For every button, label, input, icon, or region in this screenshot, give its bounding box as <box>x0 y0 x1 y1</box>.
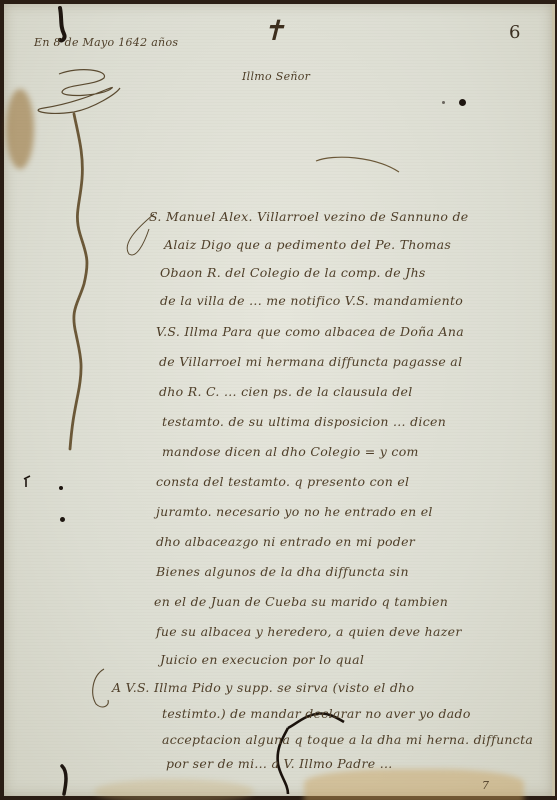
body-line: de la villa de ... me notifico V.S. mand… <box>160 293 463 308</box>
body-line: dho albaceazgo ni entrado en mi poder <box>156 534 415 549</box>
date-note: En 8 de Mayo 1642 años <box>34 36 178 49</box>
manuscript-page: En 8 de Mayo 1642 años 6 ✝ Illmo Señor S… <box>4 4 555 796</box>
body-line: A V.S. Illma Pido y supp. se sirva (vist… <box>112 680 414 695</box>
body-line: V.S. Illma Para que como albacea de Doña… <box>156 324 464 339</box>
body-line: testamto. de su ultima disposicion ... d… <box>162 414 446 429</box>
body-line: mandose dicen al dho Colegio = y com <box>162 444 419 459</box>
body-line: fue su albacea y heredero, a quien deve … <box>156 624 462 639</box>
ink-blot <box>442 101 445 104</box>
salutation: Illmo Señor <box>242 70 310 83</box>
body-line: Obaon R. del Colegio de la comp. de Jhs <box>160 265 426 280</box>
body-line: Juicio en execucion por lo qual <box>160 652 364 667</box>
body-line: acceptacion alguna q toque a la dha mi h… <box>162 732 533 747</box>
body-line: juramto. necesario yo no he entrado en e… <box>156 504 433 519</box>
body-line: dho R. C. ... cien ps. de la clausula de… <box>159 384 413 399</box>
body-line: por ser de mi... a V. Illmo Padre ... <box>166 756 393 771</box>
ink-blot <box>59 486 63 490</box>
body-line: consta del testamto. q presento con el <box>156 474 409 489</box>
body-line: Bienes algunos de la dha diffuncta sin <box>156 564 409 579</box>
body-line: testimto.) de mandar declarar no aver yo… <box>162 706 471 721</box>
body-line: en el de Juan de Cueba su marido q tambi… <box>154 594 448 609</box>
ink-blot <box>60 517 65 522</box>
body-line: Alaiz Digo que a pedimento del Pe. Thoma… <box>164 237 451 252</box>
body-line: de Villarroel mi hermana diffuncta pagas… <box>159 354 462 369</box>
cross-icon: ✝ <box>262 14 286 47</box>
body-line: S. Manuel Alex. Villarroel vezino de San… <box>149 209 468 224</box>
ink-blot <box>459 99 466 106</box>
page-number: 6 <box>509 22 521 43</box>
signature-flourish-icon <box>4 4 552 796</box>
folio-mark: 7 <box>482 779 489 792</box>
